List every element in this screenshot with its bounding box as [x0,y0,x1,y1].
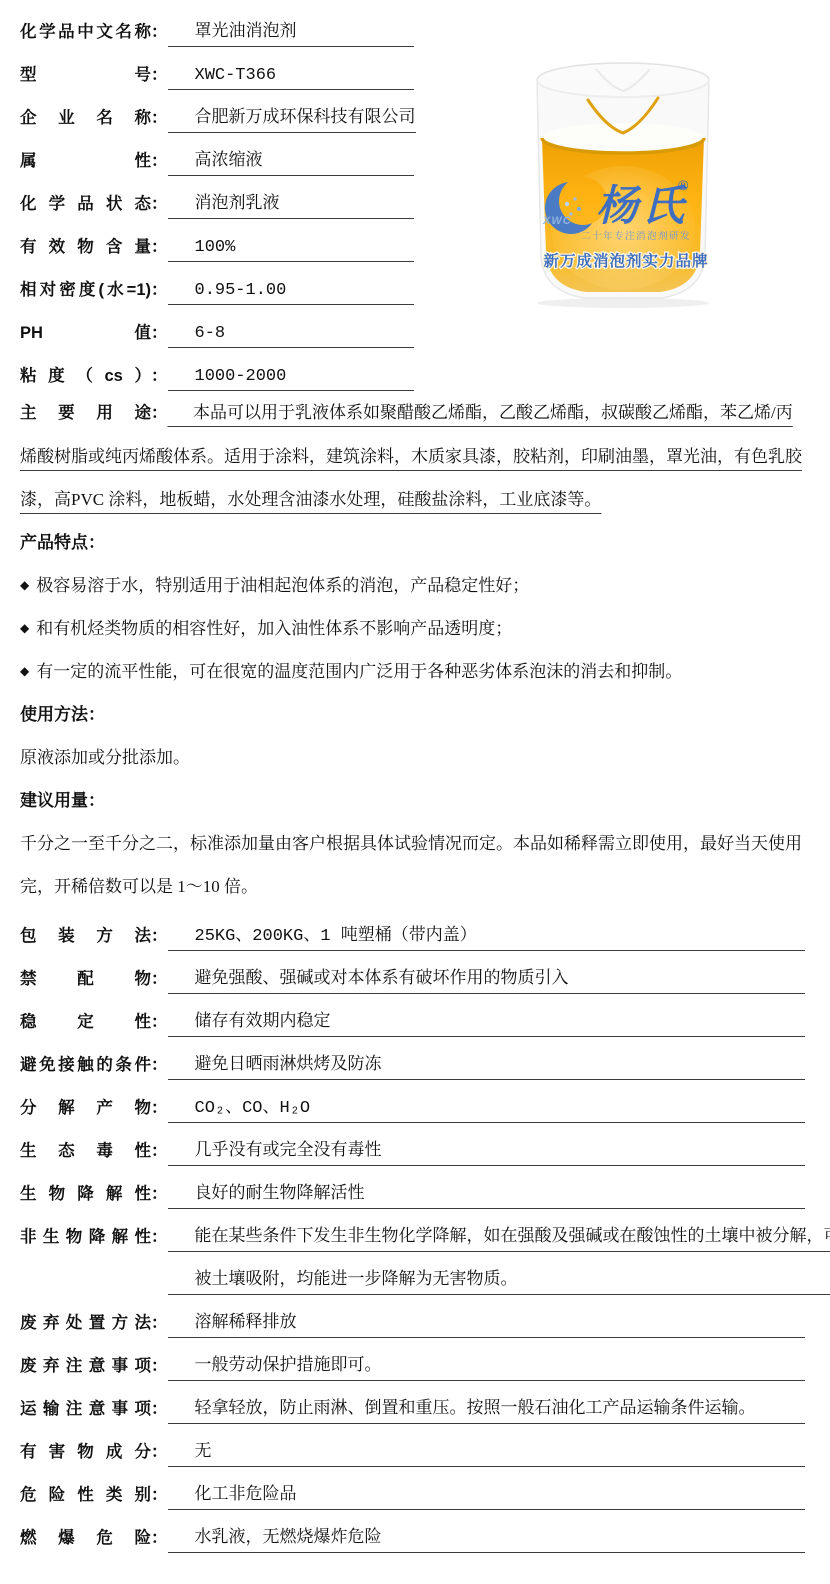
field-value: 消泡剂乳液 [195,188,280,214]
field-label: 避免接触的条件 [20,1051,151,1075]
field-value: 溶解稀释排放 [195,1307,297,1333]
field-label: 相对密度(水=1) [20,276,151,300]
field-label-col: 禁配物： [20,951,168,994]
brand-tagline-small: 二十年专注消泡剂研发 [581,230,691,242]
field-value: 合肥新万成环保科技有限公司 [195,102,416,128]
field-value: 储存有效期内稳定 [195,1006,331,1032]
field-values: 化工非危险品 [168,1467,806,1510]
usage-text: 原液添加或分批添加。 [20,736,805,779]
field-value-line: 良好的耐生物降解活性 [168,1166,806,1209]
field-label-col: 型号： [20,47,168,90]
field-value: 0.95-1.00 [195,281,287,300]
beaker-shadow [537,298,709,308]
field-label: 包装方法 [20,922,151,946]
field-value: 化工非危险品 [195,1479,297,1505]
field-label-col: 粘度（cs）： [20,348,168,391]
field-label-col: 企业名称： [20,90,168,133]
field-label-col: 有害物成分： [20,1424,168,1467]
field-row: 粘度（cs）： 1000-2000 [20,348,414,391]
field-label: 运输注意事项 [20,1395,151,1419]
field-colon: ： [151,1395,168,1419]
field-colon: ： [151,276,168,300]
field-label-col: 避免接触的条件： [20,1037,168,1080]
field-value: CO₂、CO、H₂O [195,1092,311,1118]
field-row: 运输注意事项： 轻拿轻放，防止雨淋、倒置和重压。按照一般石油化工产品运输条件运输… [20,1381,805,1424]
field-colon: ： [151,922,168,946]
field-values: 0.95-1.00 [168,262,415,305]
field-value-line: 水乳液，无燃烧爆炸危险 [168,1510,806,1553]
field-value-line: CO₂、CO、H₂O [168,1080,806,1123]
field-values: 能在某些条件下发生非生物化学降解，如在强酸及强碱或在酸蚀性的土壤中被分解，可被土… [168,1209,830,1295]
field-colon: ： [151,1438,168,1462]
field-label-col: 非生物降解性： [20,1209,168,1252]
field-values: 溶解稀释排放 [168,1295,806,1338]
field-row: 禁配物： 避免强酸、强碱或对本体系有破坏作用的物质引入 [20,951,805,994]
field-values: 无 [168,1424,806,1467]
field-value: 良好的耐生物降解活性 [195,1178,365,1204]
field-row: 燃爆危险： 水乳液，无燃烧爆炸危险 [20,1510,805,1553]
field-colon: ： [151,1137,168,1161]
field-label: 型号 [20,61,151,85]
field-colon: ： [151,1309,168,1333]
field-value-line: 被土壤吸附，均能进一步降解为无害物质。 [168,1252,830,1295]
field-label-col: 废弃处置方法： [20,1295,168,1338]
field-row: 稳定性： 储存有效期内稳定 [20,994,805,1037]
field-colon: ： [151,319,168,343]
field-row: 避免接触的条件： 避免日晒雨淋烘烤及防冻 [20,1037,805,1080]
field-row: 化学品状态： 消泡剂乳液 [20,176,414,219]
field-value: 避免强酸、强碱或对本体系有破坏作用的物质引入 [195,963,569,989]
field-label-col: 稳定性： [20,994,168,1037]
field-row: 生态毒性： 几乎没有或完全没有毒性 [20,1123,805,1166]
field-values: 几乎没有或完全没有毒性 [168,1123,806,1166]
field-value-line: 避免强酸、强碱或对本体系有破坏作用的物质引入 [168,951,806,994]
field-row: 型号： XWC-T366 [20,47,414,90]
field-colon: ： [151,1180,168,1204]
field-row: 有害物成分： 无 [20,1424,805,1467]
field-value: 几乎没有或完全没有毒性 [195,1135,382,1161]
field-row: 化学品中文名称： 罩光油消泡剂 [20,4,414,47]
field-values: 消泡剂乳液 [168,176,415,219]
field-row: 有效物含量： 100% [20,219,414,262]
field-values: 储存有效期内稳定 [168,994,806,1037]
feature-item: ◆和有机烃类物质的相容性好，加入油性体系不影响产品透明度； [20,607,805,650]
diamond-bullet-icon: ◆ [20,664,29,678]
field-row: 包装方法： 25KG、200KG、1 吨塑桶（带内盖） [20,908,805,951]
features-heading: 产品特点： [20,521,805,564]
field-colon: ： [151,18,168,42]
field-value-line: 溶解稀释排放 [168,1295,806,1338]
field-label: 生态毒性 [20,1137,151,1161]
field-value: XWC-T366 [195,66,277,85]
field-value-line: 1000-2000 [168,348,415,391]
field-values: 1000-2000 [168,348,415,391]
field-label: 稳定性 [20,1008,151,1032]
field-value-line: 25KG、200KG、1 吨塑桶（带内盖） [168,908,806,951]
field-value: 一般劳动保护措施即可。 [195,1350,382,1376]
field-row: 废弃注意事项： 一般劳动保护措施即可。 [20,1338,805,1381]
field-value-line: 高浓缩液 [168,133,415,176]
field-colon: ： [151,1352,168,1376]
field-value-line: 化工非危险品 [168,1467,806,1510]
field-row: 危险性类别： 化工非危险品 [20,1467,805,1510]
brand-name-text: 杨氏 [596,183,688,230]
diamond-bullet-icon: ◆ [20,578,29,592]
feature-item: ◆有一定的流平性能，可在很宽的温度范围内广泛用于各种恶劣体系泡沫的消去和抑制。 [20,650,805,693]
field-label-col: 生态毒性： [20,1123,168,1166]
field-value: 避免日晒雨淋烘烤及防冻 [195,1049,382,1075]
field-value: 轻拿轻放，防止雨淋、倒置和重压。按照一般石油化工产品运输条件运输。 [195,1393,756,1419]
field-values: 水乳液，无燃烧爆炸危险 [168,1510,806,1553]
dosage-heading: 建议用量： [20,779,805,822]
field-row: 生物降解性： 良好的耐生物降解活性 [20,1166,805,1209]
field-label-col: 燃爆危险： [20,1510,168,1553]
field-label: 化学品状态 [20,190,151,214]
field-row: 非生物降解性： 能在某些条件下发生非生物化学降解，如在强酸及强碱或在酸蚀性的土壤… [20,1209,805,1295]
field-row: PH 值： 6-8 [20,305,414,348]
field-colon: ： [151,1524,168,1548]
field-values: 避免强酸、强碱或对本体系有破坏作用的物质引入 [168,951,806,994]
field-label: 粘度（cs） [20,362,151,386]
field-label-col: 有效物含量： [20,219,168,262]
field-values: XWC-T366 [168,47,415,90]
dosage-text: 千分之一至千分之二，标准添加量由客户根据具体试验情况而定。本品如稀释需立即使用，… [20,822,805,908]
field-label-col: 包装方法： [20,908,168,951]
field-value-line: 100% [168,219,415,262]
field-value: 100% [195,238,236,257]
field-row: 分解产物： CO₂、CO、H₂O [20,1080,805,1123]
field-value-line: 0.95-1.00 [168,262,415,305]
field-label: 有害物成分 [20,1438,151,1462]
field-value-line: 储存有效期内稳定 [168,994,806,1037]
field-label: 禁配物 [20,965,151,989]
top-fields-section: 化学品中文名称： 罩光油消泡剂 型号： XWC-T366 企业名称： 合肥新万成… [20,4,414,391]
field-values: 合肥新万成环保科技有限公司 [168,90,416,133]
field-label: 生物降解性 [20,1180,151,1204]
field-value-line: 轻拿轻放，防止雨淋、倒置和重压。按照一般石油化工产品运输条件运输。 [168,1381,806,1424]
feature-text: 有一定的流平性能，可在很宽的温度范围内广泛用于各种恶劣体系泡沫的消去和抑制。 [36,662,682,681]
bottom-fields-section: 包装方法： 25KG、200KG、1 吨塑桶（带内盖） 禁配物： 避免强酸、强碱… [20,908,805,1553]
field-row: 企业名称： 合肥新万成环保科技有限公司 [20,90,414,133]
main-use-label: 主要用途 [20,392,151,435]
field-values: 良好的耐生物降解活性 [168,1166,806,1209]
field-value-line: 6-8 [168,305,415,348]
field-label: 属性 [20,147,151,171]
registered-mark: ® [678,177,689,193]
field-value: 25KG、200KG、1 吨塑桶（带内盖） [195,920,477,946]
field-colon: ： [151,190,168,214]
features-list: ◆极容易溶于水，特别适用于油相起泡体系的消泡，产品稳定性好； ◆和有机烃类物质的… [20,564,805,693]
field-label: 燃爆危险 [20,1524,151,1548]
field-value: 1000-2000 [195,367,287,386]
field-value-line: 能在某些条件下发生非生物化学降解，如在强酸及强碱或在酸蚀性的土壤中被分解，可 [168,1209,830,1252]
field-value-line: 罩光油消泡剂 [168,4,415,47]
field-values: 25KG、200KG、1 吨塑桶（带内盖） [168,908,806,951]
field-label: 废弃处置方法 [20,1309,151,1333]
diamond-bullet-icon: ◆ [20,621,29,635]
field-label: 非生物降解性 [20,1223,151,1247]
field-label: 危险性类别 [20,1481,151,1505]
usage-heading: 使用方法： [20,693,805,736]
field-label-col: 生物降解性： [20,1166,168,1209]
field-value: 能在某些条件下发生非生物化学降解，如在强酸及强碱或在酸蚀性的土壤中被分解，可 [195,1221,830,1247]
field-label: 化学品中文名称 [20,18,151,42]
field-colon: ： [151,1008,168,1032]
field-value-line: 消泡剂乳液 [168,176,415,219]
field-values: 高浓缩液 [168,133,415,176]
field-row: 属性： 高浓缩液 [20,133,414,176]
field-value-line: 一般劳动保护措施即可。 [168,1338,806,1381]
field-value: 罩光油消泡剂 [195,16,297,42]
brand-tagline-main: 新万成消泡剂实力品牌 [543,251,708,270]
spec-sheet: 化学品中文名称： 罩光油消泡剂 型号： XWC-T366 企业名称： 合肥新万成… [0,0,830,1553]
feature-text: 极容易溶于水，特别适用于油相起泡体系的消泡，产品稳定性好； [36,576,529,595]
field-colon: ： [151,1094,168,1118]
main-use-paragraph: 主要用途：本品可以用于乳液体系如聚醋酸乙烯酯，乙酸乙烯酯，叔碳酸乙烯酯，苯乙烯/… [20,391,805,521]
field-label-col: 属性： [20,133,168,176]
field-colon: ： [151,147,168,171]
feature-text: 和有机烃类物质的相容性好，加入油性体系不影响产品透明度； [36,619,512,638]
field-value: 6-8 [195,324,226,343]
field-colon: ： [151,1051,168,1075]
brand-xwc-text: XWC [542,215,572,227]
field-value: 无 [195,1436,212,1462]
field-values: 100% [168,219,415,262]
field-values: 轻拿轻放，防止雨淋、倒置和重压。按照一般石油化工产品运输条件运输。 [168,1381,806,1424]
field-label: PH 值 [20,319,151,343]
field-value-line: 无 [168,1424,806,1467]
field-label-col: 废弃注意事项： [20,1338,168,1381]
field-value-line: XWC-T366 [168,47,415,90]
field-label: 企业名称 [20,104,151,128]
field-colon: ： [151,362,168,386]
field-colon: ： [151,233,168,257]
field-values: CO₂、CO、H₂O [168,1080,806,1123]
beaker-image: XWC 杨氏 ® 二十年专注消泡剂研发 新万成消泡剂实力品牌 [526,60,732,310]
main-use-colon: ： [151,404,168,422]
field-colon: ： [151,1481,168,1505]
field-colon: ： [151,965,168,989]
field-values: 避免日晒雨淋烘烤及防冻 [168,1037,806,1080]
field-label: 分解产物 [20,1094,151,1118]
feature-item: ◆极容易溶于水，特别适用于油相起泡体系的消泡，产品稳定性好； [20,564,805,607]
field-values: 罩光油消泡剂 [168,4,415,47]
brand-logo: XWC 杨氏 ® 二十年专注消泡剂研发 新万成消泡剂实力品牌 [542,177,709,270]
field-row: 相对密度(水=1)： 0.95-1.00 [20,262,414,305]
field-label-col: 相对密度(水=1)： [20,262,168,305]
field-value-line: 合肥新万成环保科技有限公司 [168,90,416,133]
field-value-line: 几乎没有或完全没有毒性 [168,1123,806,1166]
field-values: 一般劳动保护措施即可。 [168,1338,806,1381]
field-label: 有效物含量 [20,233,151,257]
field-colon: ： [151,104,168,128]
field-values: 6-8 [168,305,415,348]
field-value: 高浓缩液 [195,145,263,171]
field-label-col: PH 值： [20,305,168,348]
field-row: 废弃处置方法： 溶解稀释排放 [20,1295,805,1338]
field-label-col: 分解产物： [20,1080,168,1123]
field-value: 水乳液，无燃烧爆炸危险 [195,1522,382,1548]
field-label-col: 化学品状态： [20,176,168,219]
product-photo: XWC 杨氏 ® 二十年专注消泡剂研发 新万成消泡剂实力品牌 [526,60,732,310]
field-label-col: 危险性类别： [20,1467,168,1510]
field-value-line: 避免日晒雨淋烘烤及防冻 [168,1037,806,1080]
field-label-col: 化学品中文名称： [20,4,168,47]
field-colon: ： [151,1223,168,1247]
field-label-col: 运输注意事项： [20,1381,168,1424]
field-label: 废弃注意事项 [20,1352,151,1376]
field-colon: ： [151,61,168,85]
field-value: 被土壤吸附，均能进一步降解为无害物质。 [195,1264,518,1290]
